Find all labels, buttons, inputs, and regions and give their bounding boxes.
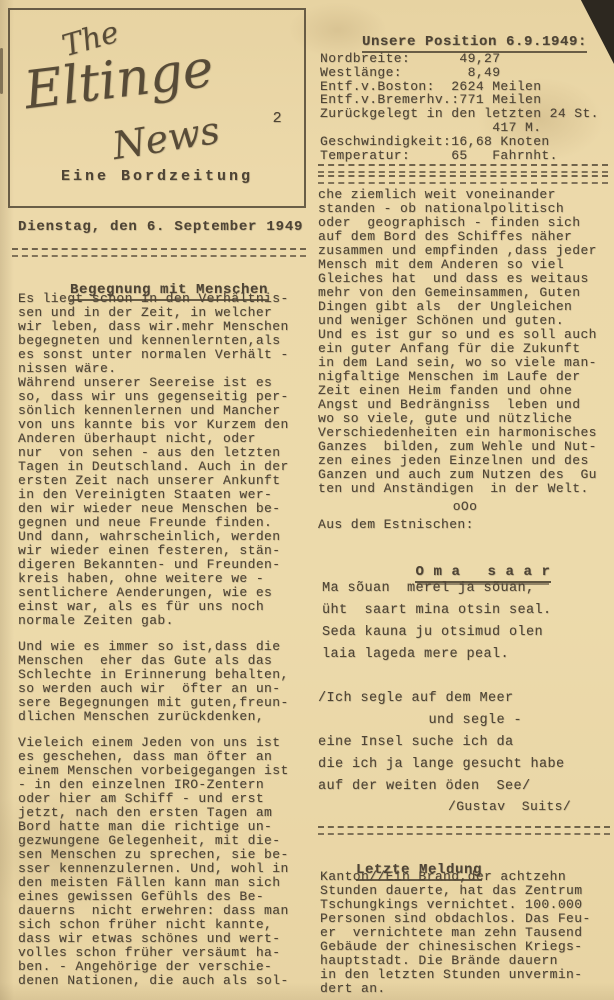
masthead-subtitle: Eine Bordzeitung [10, 170, 304, 184]
date-line: Dienstag, den 6. September 1949 [18, 220, 303, 234]
masthead-title-eltinge: Eltinge [21, 39, 217, 122]
position-body: Nordbreite: 49,27 Westlänge: 8,49 Entf.v… [320, 52, 612, 162]
poem-german: /Ich segle auf dem Meer und segle - eine… [318, 688, 565, 798]
estonian-intro: Aus dem Estnischen: [318, 518, 474, 532]
article-paragraph-2: Während unserer Seereise ist es so, dass… [18, 376, 310, 628]
divider-under-date [12, 248, 306, 257]
masthead-title-news: News [109, 108, 222, 168]
newspaper-page: The Eltinge News 2 Eine Bordzeitung Dien… [0, 0, 614, 1000]
article-paragraph-1: Es liegt schon in den Verhältnis- sen un… [18, 292, 310, 376]
divider-position-1 [318, 164, 608, 173]
divider-before-news [318, 826, 610, 835]
scan-edge-mark [0, 48, 3, 94]
article-paragraph-4: Vieleich einem Jeden von uns ist es gesc… [18, 736, 310, 988]
poem-estonian: Ma sõuan merel ja sõuan, üht saart mina … [322, 578, 552, 666]
ooo-separator: oOo [318, 500, 612, 514]
article-continuation: che ziemlich weit voneinander standen - … [318, 188, 612, 496]
divider-position-2 [318, 175, 608, 184]
poem-author: /Gustav Suits/ [448, 800, 571, 814]
article-paragraph-3: Und wie es immer so ist,dass die Mensche… [18, 640, 310, 724]
page-number: 2 [273, 112, 282, 126]
masthead-box: The Eltinge News 2 Eine Bordzeitung [8, 8, 306, 208]
news-body: Kanton//Ein Brand,der achtzehn Stunden d… [320, 870, 612, 996]
